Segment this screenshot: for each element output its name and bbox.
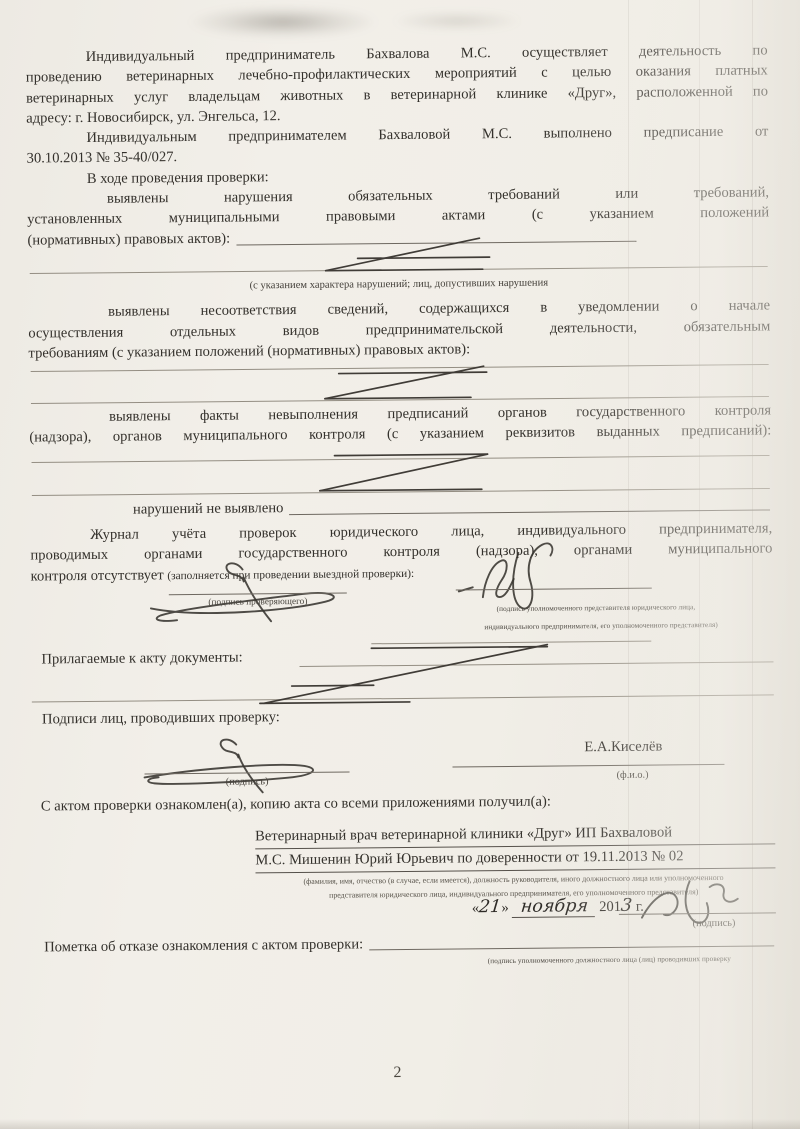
crossed-out-blank-field (29, 441, 771, 498)
signers-label: Подписи лиц, проводивших проверку: (42, 709, 280, 728)
crossed-out-blank-field (29, 357, 771, 408)
year-printed: 201 (599, 899, 621, 915)
inspector-signature (142, 557, 348, 625)
handwritten-month: ноября (511, 896, 596, 918)
refusal-caption: (подпись уполномоченного должностного ли… (439, 954, 779, 965)
signature-block-journal: (подпись проверяющего) (подпись уполномо… (30, 544, 773, 651)
handwritten-day: 21 (478, 897, 502, 917)
no-violations-label: нарушений не выявлено (30, 498, 284, 521)
page-number: 2 (393, 1064, 401, 1082)
inspector-name: Е.А.Киселёв (584, 738, 662, 756)
representative-signature-caption: индивидуального предпринимателя, его упо… (436, 620, 766, 631)
finding1-tail: (нормативных) правовых актов): (27, 228, 230, 250)
attachments-section: Прилагаемые к акту документы: (31, 644, 774, 717)
signature-caption: (подпись) (145, 775, 350, 788)
refusal-label: Пометка об отказе ознакомления с актом п… (34, 936, 363, 956)
acknowledgement-line: М.С. Мишенин Юрий Юрьевич по доверенност… (255, 844, 775, 873)
acknowledgement-block: Ветеринарный врач ветеринарной клиники «… (255, 820, 775, 873)
blank-field-line (369, 945, 774, 950)
acknowledged-label: С актом проверки ознакомлен(а), копию ак… (41, 794, 551, 816)
document-body: Индивидуальный предприниматель Бахвалова… (26, 40, 773, 587)
name-line (452, 764, 724, 768)
separator-line (371, 641, 651, 645)
signature-block-signers: (подпись) Е.А.Киселёв (ф.и.о.) (32, 731, 775, 800)
signature-caption: (подпись) (644, 917, 784, 929)
inspector-signature-caption: (подпись проверяющего) (169, 597, 347, 609)
scanned-act-page: Индивидуальный предприниматель Бахвалова… (0, 0, 800, 1129)
quote-close: » (501, 900, 508, 916)
crossed-out-blank-field (31, 644, 774, 711)
name-caption: (ф.и.о.) (513, 769, 753, 782)
